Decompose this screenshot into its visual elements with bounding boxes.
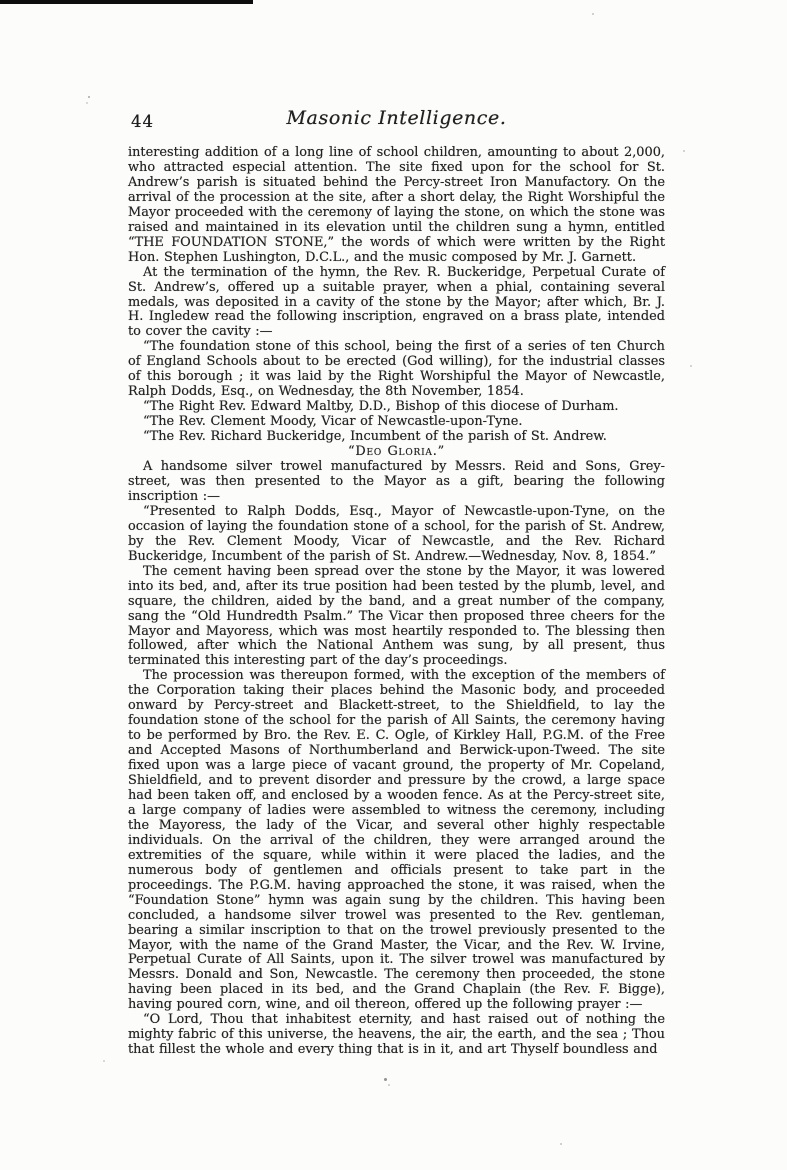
scan-speck bbox=[103, 1060, 105, 1062]
paragraph-10: The cement having been spread over the s… bbox=[128, 565, 665, 670]
paragraph-2: At the termination of the hymn, the Rev.… bbox=[128, 266, 665, 341]
paragraph-11: The procession was thereupon formed, wit… bbox=[128, 669, 665, 1013]
scan-speck bbox=[592, 13, 594, 15]
text-block: interesting addition of a long line of s… bbox=[128, 146, 665, 1058]
scan-speck bbox=[690, 365, 692, 367]
paragraph-5-inscription: “The Rev. Clement Moody, Vicar of Newcas… bbox=[128, 415, 665, 430]
scan-speck bbox=[88, 96, 90, 98]
scan-speck bbox=[388, 1084, 390, 1086]
scan-edge-artifact bbox=[0, 0, 253, 4]
page-number: 44 bbox=[131, 112, 154, 131]
scan-speck bbox=[683, 150, 685, 152]
paragraph-8: A handsome silver trowel manufactured by… bbox=[128, 460, 665, 505]
paragraph-12-prayer: “O Lord, Thou that inhabitest eternity, … bbox=[128, 1013, 665, 1058]
scan-speck bbox=[560, 1143, 562, 1145]
page-header: 44 Masonic Intelligence. bbox=[128, 107, 665, 135]
paragraph-6-inscription: “The Rev. Richard Buckeridge, Incumbent … bbox=[128, 430, 665, 445]
paragraph-7-deo-gloria: “Deo Gloria.” bbox=[128, 445, 665, 460]
paragraph-9-trowel-inscription: “Presented to Ralph Dodds, Esq., Mayor o… bbox=[128, 505, 665, 565]
scan-speck bbox=[86, 102, 88, 104]
scanned-page: 44 Masonic Intelligence. interesting add… bbox=[0, 0, 787, 1170]
paragraph-4-inscription: “The Right Rev. Edward Maltby, D.D., Bis… bbox=[128, 400, 665, 415]
paragraph-3-inscription: “The foundation stone of this school, be… bbox=[128, 340, 665, 400]
paragraph-1: interesting addition of a long line of s… bbox=[128, 146, 665, 266]
running-head-title: Masonic Intelligence. bbox=[128, 107, 665, 129]
scan-speck bbox=[384, 1078, 387, 1081]
